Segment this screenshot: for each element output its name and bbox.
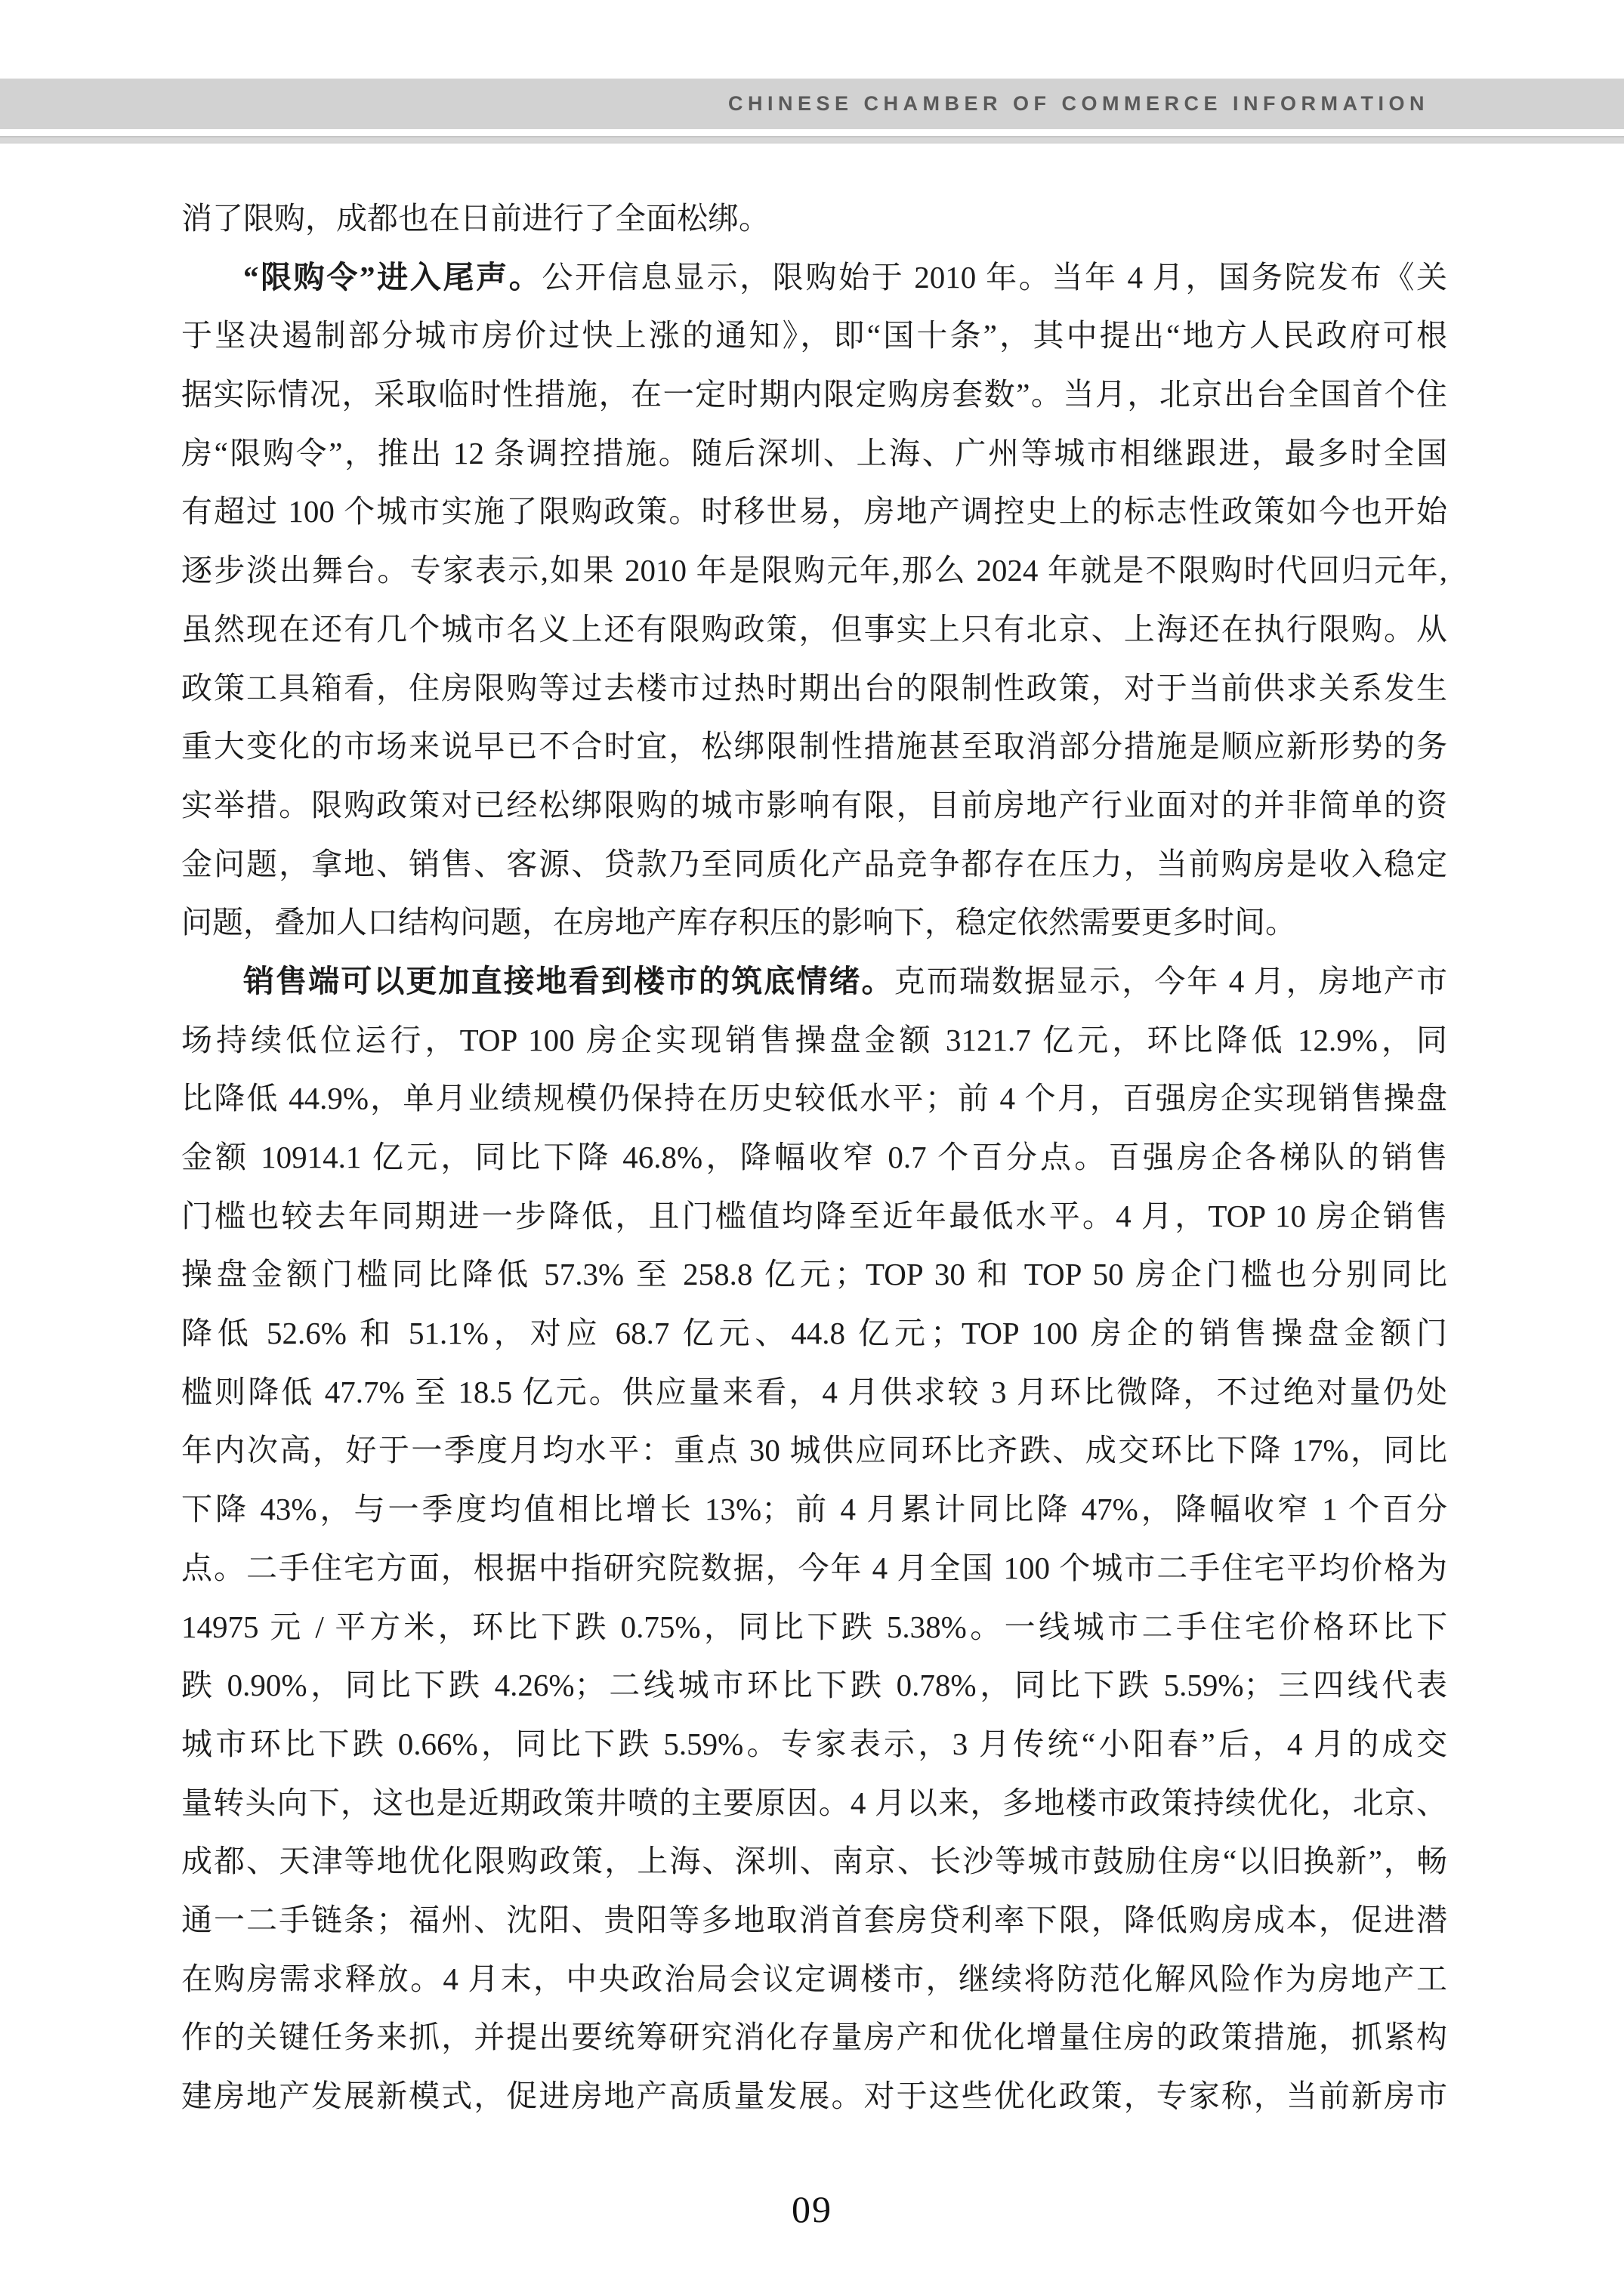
text-segment: 虽然现在还有几个城市名义上还有限购政策，但事实上只有北京、上海还在执行限购。从 [181,612,1447,647]
text-segment: 场持续低位运行，TOP 100 房企实现销售操盘金额 3121.7 亿元，环比降… [181,1023,1447,1057]
text-line: 在购房需求释放。4 月末，中央政治局会议定调楼市，继续将防范化解风险作为房地产工 [181,1950,1447,2009]
text-line: 量转头向下，这也是近期政策井喷的主要原因。4 月以来，多地楼市政策持续优化，北京… [181,1774,1447,1833]
text-segment: 实举措。限购政策对已经松绑限购的城市影响有限，目前房地产行业面对的并非简单的资 [181,788,1447,822]
text-line: 作的关键任务来抓，并提出要统筹研究消化存量房产和优化增量住房的政策措施，抓紧构 [181,2008,1447,2067]
text-line: “限购令”进入尾声。公开信息显示，限购始于 2010 年。当年 4 月，国务院发… [181,248,1447,307]
text-segment: 于坚决遏制部分城市房价过快上涨的通知》，即“国十条”，其中提出“地方人民政府可根 [181,318,1447,353]
text-line: 比降低 44.9%，单月业绩规模仍保持在历史较低水平；前 4 个月，百强房企实现… [181,1069,1447,1128]
text-segment: 通一二手链条；福州、沈阳、贵阳等多地取消首套房贷利率下限，降低购房成本，促进潜 [181,1903,1447,1937]
text-line: 通一二手链条；福州、沈阳、贵阳等多地取消首套房贷利率下限，降低购房成本，促进潜 [181,1891,1447,1950]
text-line: 虽然现在还有几个城市名义上还有限购政策，但事实上只有北京、上海还在执行限购。从 [181,600,1447,659]
text-line: 金额 10914.1 亿元，同比下降 46.8%，降幅收窄 0.7 个百分点。百… [181,1128,1447,1187]
text-line: 逐步淡出舞台。专家表示,如果 2010 年是限购元年,那么 2024 年就是不限… [181,542,1447,600]
text-segment: 操盘金额门槛同比降低 57.3% 至 258.8 亿元；TOP 30 和 TOP… [181,1257,1447,1292]
text-segment: 克而瑞数据显示，今年 4 月，房地产市 [894,964,1447,998]
text-segment: 跌 0.90%，同比下跌 4.26%；二线城市环比下跌 0.78%，同比下跌 5… [181,1668,1447,1702]
text-line: 下降 43%，与一季度均值相比增长 13%；前 4 月累计同比降 47%，降幅收… [181,1480,1447,1539]
text-line: 有超过 100 个城市实施了限购政策。时移世易，房地产调控史上的标志性政策如今也… [181,483,1447,542]
text-segment: 点。二手住宅方面，根据中指研究院数据，今年 4 月全国 100 个城市二手住宅平… [181,1551,1447,1585]
text-segment: 据实际情况，采取临时性措施，在一定时期内限定购房套数”。当月，北京出台全国首个住 [181,377,1447,412]
text-line: 消了限购，成都也在日前进行了全面松绑。 [181,190,1447,248]
document-page: { "header": { "banner_text": "CHINESE CH… [0,0,1624,2293]
text-segment: 金额 10914.1 亿元，同比下降 46.8%，降幅收窄 0.7 个百分点。百… [181,1140,1447,1174]
body-text: 消了限购，成都也在日前进行了全面松绑。“限购令”进入尾声。公开信息显示，限购始于… [181,190,1447,2126]
text-segment: 下降 43%，与一季度均值相比增长 13%；前 4 月累计同比降 47%，降幅收… [181,1492,1447,1526]
text-segment: 降低 52.6% 和 51.1%，对应 68.7 亿元、44.8 亿元；TOP … [181,1316,1447,1350]
header-divider [0,136,1624,144]
text-line: 跌 0.90%，同比下跌 4.26%；二线城市环比下跌 0.78%，同比下跌 5… [181,1656,1447,1715]
text-line: 成都、天津等地优化限购政策，上海、深圳、南京、长沙等城市鼓励住房“以旧换新”，畅 [181,1832,1447,1891]
text-line: 降低 52.6% 和 51.1%，对应 68.7 亿元、44.8 亿元；TOP … [181,1304,1447,1363]
text-line: 房“限购令”，推出 12 条调控措施。随后深圳、上海、广州等城市相继跟进，最多时… [181,424,1447,483]
text-line: 政策工具箱看，住房限购等过去楼市过热时期出台的限制性政策，对于当前供求关系发生 [181,659,1447,718]
text-segment: 房“限购令”，推出 12 条调控措施。随后深圳、上海、广州等城市相继跟进，最多时… [181,436,1447,471]
text-line: 操盘金额门槛同比降低 57.3% 至 258.8 亿元；TOP 30 和 TOP… [181,1245,1447,1304]
text-line: 门槛也较去年同期进一步降低，且门槛值均降至近年最低水平。4 月，TOP 10 房… [181,1187,1447,1246]
header-banner: CHINESE CHAMBER OF COMMERCE INFORMATION [0,79,1624,129]
text-line: 问题，叠加人口结构问题，在房地产库存积压的影响下，稳定依然需要更多时间。 [181,893,1447,952]
text-segment: 成都、天津等地优化限购政策，上海、深圳、南京、长沙等城市鼓励住房“以旧换新”，畅 [181,1844,1447,1878]
text-segment: 14975 元 / 平方米，环比下跌 0.75%，同比下跌 5.38%。一线城市… [181,1609,1447,1644]
text-segment: 逐步淡出舞台。专家表示,如果 2010 年是限购元年,那么 2024 年就是不限… [181,553,1447,588]
bold-lead: “限购令”进入尾声。 [243,260,542,295]
text-line: 据实际情况，采取临时性措施，在一定时期内限定购房套数”。当月，北京出台全国首个住 [181,366,1447,424]
text-line: 金问题，拿地、销售、客源、贷款乃至同质化产品竞争都存在压力，当前购房是收入稳定 [181,835,1447,894]
text-line: 年内次高，好于一季度月均水平：重点 30 城供应同环比齐跌、成交环比下降 17%… [181,1421,1447,1480]
text-segment: 重大变化的市场来说早已不合时宜，松绑限制性措施甚至取消部分措施是顺应新形势的务 [181,729,1447,764]
text-segment: 公开信息显示，限购始于 2010 年。当年 4 月，国务院发布《关 [542,260,1447,295]
text-line: 销售端可以更加直接地看到楼市的筑底情绪。克而瑞数据显示，今年 4 月，房地产市 [181,952,1447,1011]
text-segment: 槛则降低 47.7% 至 18.5 亿元。供应量来看，4 月供求较 3 月环比微… [181,1375,1447,1409]
text-segment: 金问题，拿地、销售、客源、贷款乃至同质化产品竞争都存在压力，当前购房是收入稳定 [181,847,1447,881]
text-line: 槛则降低 47.7% 至 18.5 亿元。供应量来看，4 月供求较 3 月环比微… [181,1363,1447,1422]
header-banner-text: CHINESE CHAMBER OF COMMERCE INFORMATION [728,92,1429,116]
text-line: 于坚决遏制部分城市房价过快上涨的通知》，即“国十条”，其中提出“地方人民政府可根 [181,307,1447,366]
text-line: 场持续低位运行，TOP 100 房企实现销售操盘金额 3121.7 亿元，环比降… [181,1011,1447,1070]
page-number: 09 [0,2187,1624,2231]
text-segment: 政策工具箱看，住房限购等过去楼市过热时期出台的限制性政策，对于当前供求关系发生 [181,671,1447,705]
text-segment: 消了限购，成都也在日前进行了全面松绑。 [181,201,770,236]
text-line: 14975 元 / 平方米，环比下跌 0.75%，同比下跌 5.38%。一线城市… [181,1598,1447,1657]
text-segment: 量转头向下，这也是近期政策井喷的主要原因。4 月以来，多地楼市政策持续优化，北京… [181,1785,1447,1820]
text-segment: 比降低 44.9%，单月业绩规模仍保持在历史较低水平；前 4 个月，百强房企实现… [181,1081,1447,1116]
text-segment: 问题，叠加人口结构问题，在房地产库存积压的影响下，稳定依然需要更多时间。 [181,905,1296,940]
text-segment: 门槛也较去年同期进一步降低，且门槛值均降至近年最低水平。4 月，TOP 10 房… [181,1199,1447,1233]
text-line: 建房地产发展新模式，促进房地产高质量发展。对于这些优化政策，专家称，当前新房市 [181,2067,1447,2126]
text-segment: 城市环比下跌 0.66%，同比下跌 5.59%。专家表示，3 月传统“小阳春”后… [181,1727,1447,1761]
text-line: 城市环比下跌 0.66%，同比下跌 5.59%。专家表示，3 月传统“小阳春”后… [181,1715,1447,1774]
bold-lead: 销售端可以更加直接地看到楼市的筑底情绪。 [243,964,894,998]
text-segment: 年内次高，好于一季度月均水平：重点 30 城供应同环比齐跌、成交环比下降 17%… [181,1433,1447,1467]
text-segment: 在购房需求释放。4 月末，中央政治局会议定调楼市，继续将防范化解风险作为房地产工 [181,1961,1447,1996]
text-segment: 建房地产发展新模式，促进房地产高质量发展。对于这些优化政策，专家称，当前新房市 [181,2079,1447,2113]
text-line: 重大变化的市场来说早已不合时宜，松绑限制性措施甚至取消部分措施是顺应新形势的务 [181,718,1447,776]
text-line: 实举措。限购政策对已经松绑限购的城市影响有限，目前房地产行业面对的并非简单的资 [181,776,1447,835]
text-segment: 作的关键任务来抓，并提出要统筹研究消化存量房产和优化增量住房的政策措施，抓紧构 [181,2020,1447,2054]
text-segment: 有超过 100 个城市实施了限购政策。时移世易，房地产调控史上的标志性政策如今也… [181,494,1447,529]
text-line: 点。二手住宅方面，根据中指研究院数据，今年 4 月全国 100 个城市二手住宅平… [181,1539,1447,1598]
